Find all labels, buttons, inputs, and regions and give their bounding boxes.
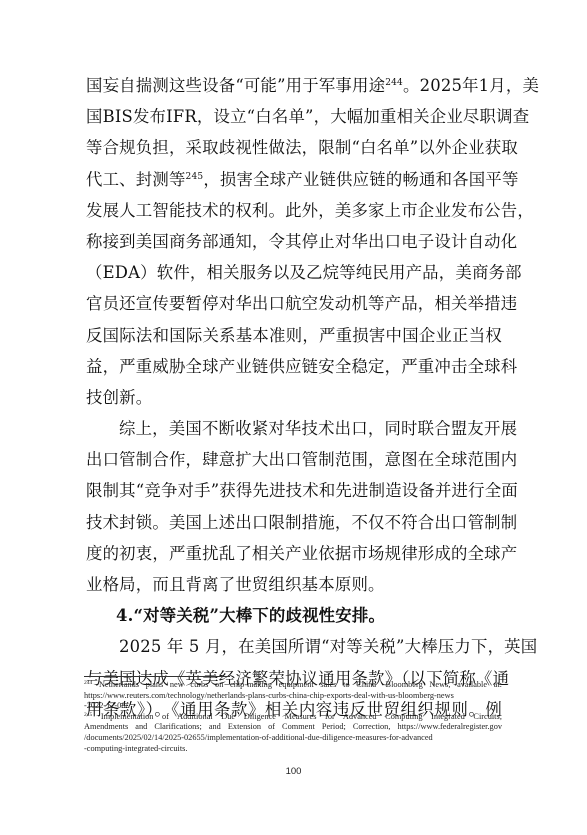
text-line: 反国际法和国际关系基本准则，严重损害中国企业正当权 — [86, 320, 502, 351]
footnote-245: 245 Implementation of Additional Due Dil… — [84, 712, 502, 754]
text-line: 国BIS发布IFR，设立“白名单”，大幅加重相关企业尽职调查 — [86, 101, 502, 132]
text-line: 称接到美国商务部通知，令其停止对华出口电子设计自动化 — [86, 226, 502, 257]
page-number: 100 — [0, 766, 587, 777]
document-page: 国妄自揣测这些设备“可能”用于军事用途244。2025年1月，美 国BIS发布I… — [0, 0, 587, 835]
text-line: 2025 年 5 月，在美国所谓“对等关税”大棒压力下，英国 — [86, 631, 502, 662]
text-line: 国妄自揣测这些设备“可能”用于军事用途244。2025年1月，美 — [86, 70, 502, 101]
text-line: （EDA）软件，相关服务以及乙烷等纯民用产品，美商务部 — [86, 257, 502, 288]
section-heading: 4.“对等关税”大棒下的歧视性安排。 — [86, 600, 502, 631]
text-line: 度的初衷，严重扰乱了相关产业依据市场规律形成的全球产 — [86, 538, 502, 569]
text-line: 官员还宣传要暂停对华出口航空发动机等产品，相关举措违 — [86, 288, 502, 319]
footnote-ref-244[interactable]: 244 — [385, 78, 403, 88]
text-line: 技创新。 — [86, 382, 502, 413]
text-line: 综上，美国不断收紧对华技术出口，同时联合盟友开展 — [86, 413, 502, 444]
text-line: 业格局，而且背离了世贸组织基本原则。 — [86, 569, 502, 600]
text-line: 发展人工智能技术的权利。此外，美多家上市企业发布公告， — [86, 195, 502, 226]
text-line: 限制其“竞争对手”获得先进技术和先进制造设备并进行全面 — [86, 475, 502, 506]
text-line: 技术封锁。美国上述出口限制措施，不仅不符合出口管制制 — [86, 507, 502, 538]
text-line: 出口管制合作，肆意扩大出口管制范围，意图在全球范围内 — [86, 444, 502, 475]
footnote-link[interactable]: /documents/2025/02/14/2025-02655/impleme… — [84, 733, 502, 744]
footnotes: 244 Netherlands plans new curbs on chip-… — [84, 680, 502, 754]
body-text: 国妄自揣测这些设备“可能”用于军事用途244。2025年1月，美 国BIS发布I… — [86, 70, 502, 725]
paragraph-2: 综上，美国不断收紧对华技术出口，同时联合盟友开展 出口管制合作，肆意扩大出口管制… — [86, 413, 502, 600]
footnote-244: 244 Netherlands plans new curbs on chip-… — [84, 680, 502, 712]
text-line: 等合规负担，采取歧视性做法，限制“白名单”以外企业获取 — [86, 132, 502, 163]
footnote-divider — [84, 676, 230, 677]
footnote-link[interactable]: https://www.reuters.com/technology/nethe… — [84, 691, 502, 702]
paragraph-1: 国妄自揣测这些设备“可能”用于军事用途244。2025年1月，美 国BIS发布I… — [86, 70, 502, 413]
text-line: 代工、封测等245，损害全球产业链供应链的畅通和各国平等 — [86, 164, 502, 195]
footnote-ref-245[interactable]: 245 — [186, 172, 204, 182]
text-line: 益，严重威胁全球产业链供应链安全稳定，严重冲击全球科 — [86, 351, 502, 382]
